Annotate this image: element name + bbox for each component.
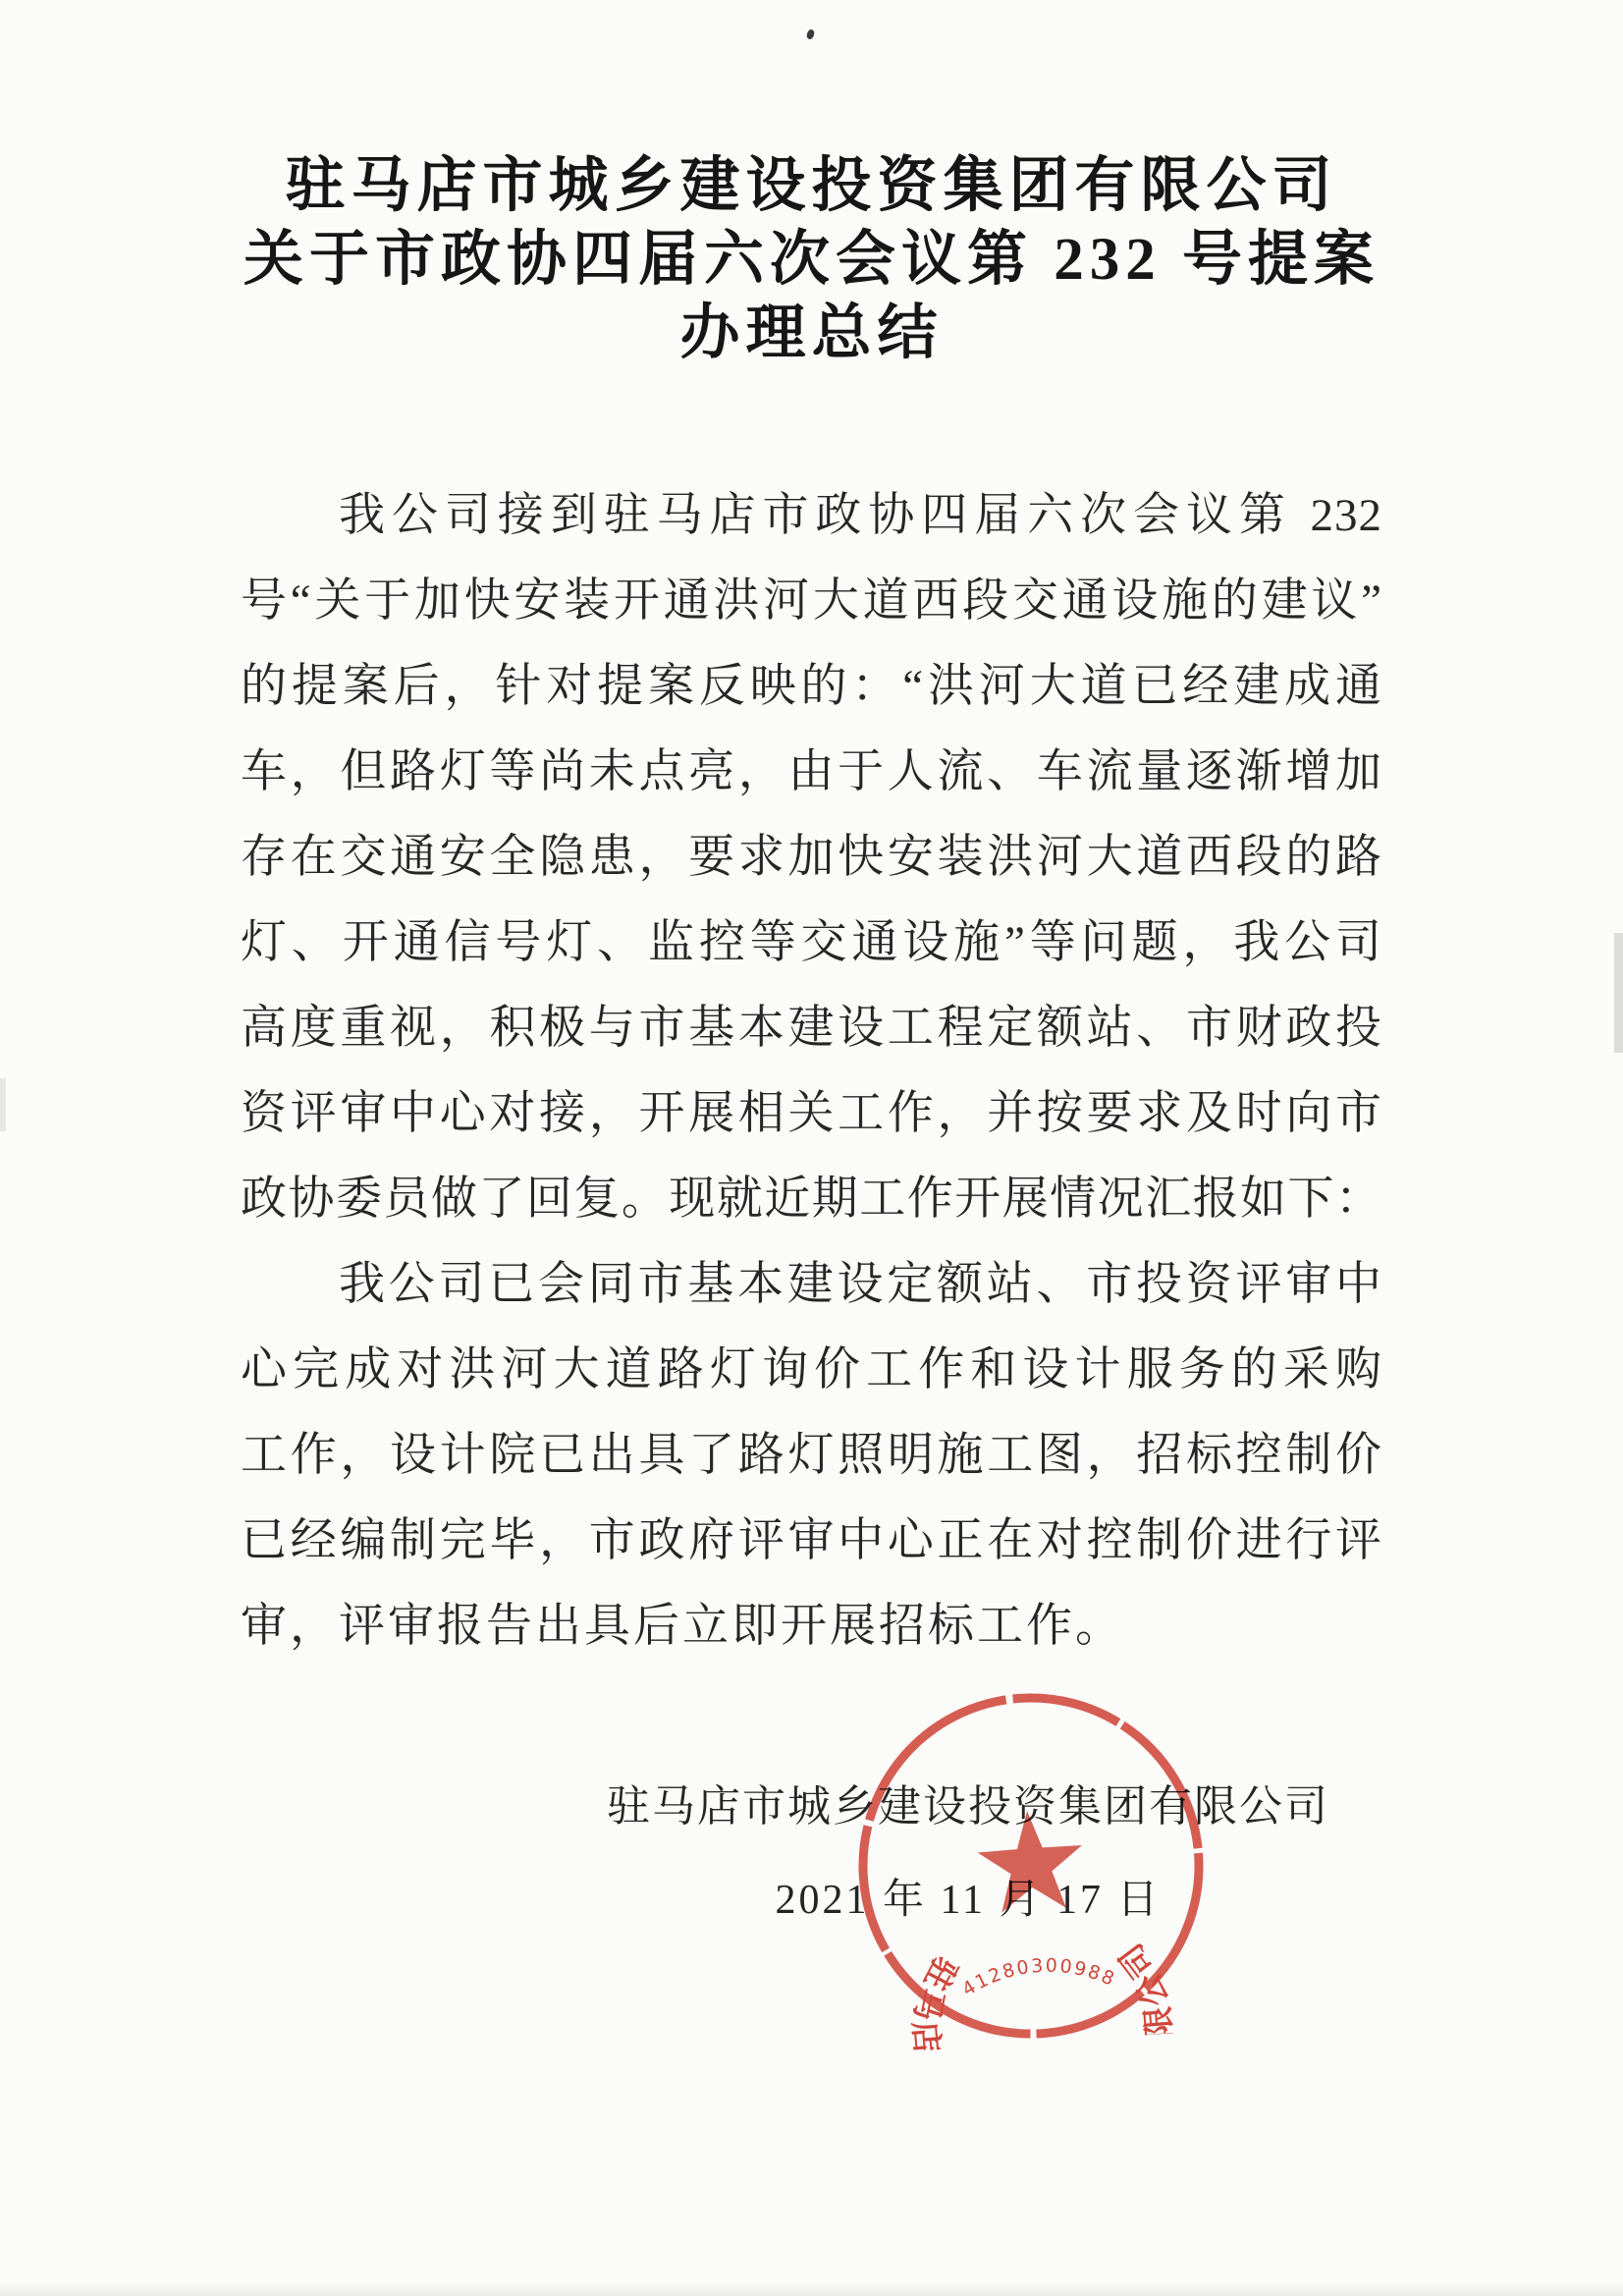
body-line: 审，评审报告出具后立即开展招标工作。 <box>241 1584 1382 1669</box>
document-body: 我公司接到驻马店市政协四届六次会议第 232 号“关于加快安装开通洪河大道西段交… <box>241 473 1382 1669</box>
scan-speck <box>806 28 816 40</box>
body-line: 灯、开通信号灯、监控等交通设施”等问题，我公司 <box>241 901 1382 986</box>
scan-edge-artifact-bottom <box>0 2282 1623 2296</box>
title-line-1: 驻马店市城乡建设投资集团有限公司 <box>0 149 1623 223</box>
body-line: 车，但路灯等尚未点亮，由于人流、车流量逐渐增加 <box>241 730 1382 815</box>
body-line: 我公司已会同市基本建设定额站、市投资评审中 <box>241 1242 1382 1328</box>
body-line: 存在交通安全隐患，要求加快安装洪河大道西段的路 <box>241 815 1382 901</box>
body-line: 的提案后，针对提案反映的：“洪河大道已经建成通 <box>241 644 1382 730</box>
body-line: 心完成对洪河大道路灯询价工作和设计服务的采购 <box>241 1328 1382 1413</box>
document-title: 驻马店市城乡建设投资集团有限公司 关于市政协四届六次会议第 232 号提案 办理… <box>0 149 1623 370</box>
paragraph-2: 我公司已会同市基本建设定额站、市投资评审中 心完成对洪河大道路灯询价工作和设计服… <box>241 1242 1382 1669</box>
scan-edge-artifact-left <box>0 1078 6 1131</box>
paragraph-1: 我公司接到驻马店市政协四届六次会议第 232 号“关于加快安装开通洪河大道西段交… <box>241 473 1382 1242</box>
title-line-3: 办理总结 <box>0 297 1623 370</box>
body-line: 号“关于加快安装开通洪河大道西段交通设施的建议” <box>241 559 1382 644</box>
scanned-document-page: 驻马店市城乡建设投资集团有限公司 关于市政协四届六次会议第 232 号提案 办理… <box>0 0 1623 2296</box>
seal-star <box>975 1807 1086 1913</box>
body-line: 已经编制完毕，市政府评审中心正在对控制价进行评 <box>241 1499 1382 1584</box>
seal-code-text: 4128030098886 <box>842 1677 1120 2008</box>
body-line: 政协委员做了回复。现就近期工作开展情况汇报如下： <box>241 1157 1382 1242</box>
body-line: 高度重视，积极与市基本建设工程定额站、市财政投 <box>241 986 1382 1071</box>
body-line: 资评审中心对接，开展相关工作，并按要求及时向市 <box>241 1071 1382 1157</box>
official-seal: 驻马店市城乡建设投资集团有限公司 4128030098886 <box>842 1677 1219 2054</box>
title-line-2: 关于市政协四届六次会议第 232 号提案 <box>0 223 1623 297</box>
scan-edge-artifact-right <box>1614 933 1623 1053</box>
body-line: 我公司接到驻马店市政协四届六次会议第 232 <box>241 473 1382 559</box>
body-line: 工作，设计院已出具了路灯照明施工图，招标控制价 <box>241 1413 1382 1499</box>
